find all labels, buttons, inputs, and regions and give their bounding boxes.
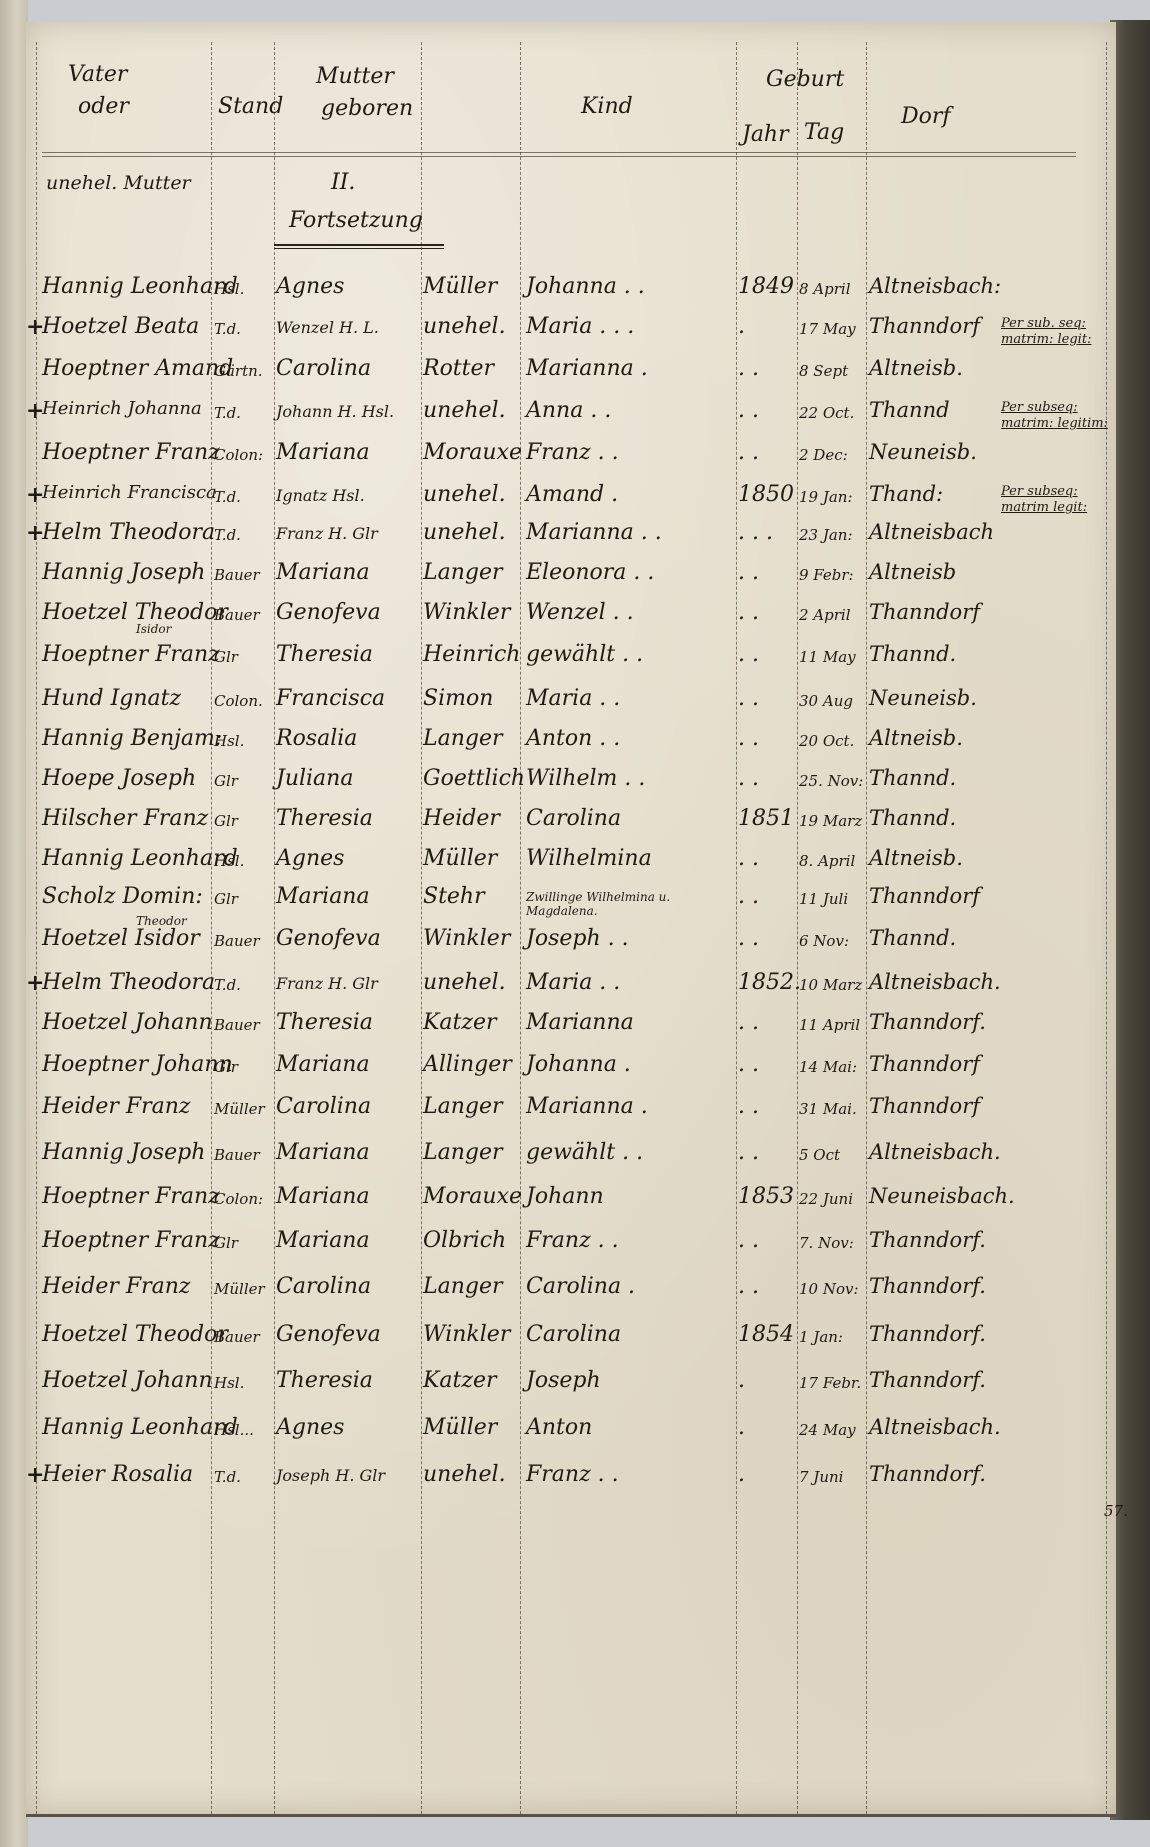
mother-maiden-name: Langer — [423, 560, 503, 585]
village-name: Altneisb. — [869, 726, 963, 750]
child-name: Carolina . — [526, 1274, 635, 1299]
table-row: Hoetzel IsidorBauerGenofevaWinklerJoseph… — [26, 926, 1116, 972]
father-name: Heier Rosalia — [42, 1462, 193, 1487]
father-name: Hilscher Franz — [42, 806, 208, 831]
father-status: Glr — [214, 1058, 238, 1076]
father-status: Bauer — [214, 1328, 260, 1346]
header-father: Vater — [68, 62, 127, 87]
father-name: Hoetzel Beata — [42, 314, 199, 339]
header-day: Tag — [804, 120, 844, 145]
child-name: Joseph . . — [526, 926, 629, 951]
mother-maiden-name: Heinrich — [423, 642, 520, 667]
mother-maiden-name: Winkler — [423, 926, 510, 951]
father-status: Bauer — [214, 566, 260, 584]
birth-year: . . — [738, 926, 759, 951]
birth-day: 1 Jan: — [799, 1328, 843, 1346]
mother-maiden-name: Stehr — [423, 884, 485, 909]
birth-day: 30 Aug — [799, 692, 853, 710]
father-status: Hsl... — [214, 1421, 254, 1439]
birth-year: . . . — [738, 520, 773, 545]
father-name: Hund Ignatz — [42, 686, 181, 711]
village-name: Thanndorf. — [869, 1274, 986, 1298]
child-name: Zwillinge Wilhelmina u. Magdalena. — [526, 890, 731, 918]
birth-day: 7. Nov: — [799, 1234, 854, 1252]
table-row: Hoeptner AmandGärtn.CarolinaRotterMarian… — [26, 356, 1116, 402]
section-title: II. — [331, 170, 355, 195]
father-name-correction: Theodor — [136, 914, 187, 928]
birth-day: 8. April — [799, 852, 855, 870]
father-status: Bauer — [214, 1146, 260, 1164]
section-underline — [274, 248, 444, 249]
father-status: T.d. — [214, 1468, 241, 1486]
birth-year: . . — [738, 1228, 759, 1253]
birth-year: . . — [738, 686, 759, 711]
child-name: Franz . . — [526, 440, 619, 465]
birth-day: 17 Febr. — [799, 1374, 861, 1392]
table-row: Hoeptner FranzGlrTheresiaHeinrichgewählt… — [26, 642, 1116, 688]
mother-maiden-name: Goettlich — [423, 766, 525, 791]
child-name: Marianna . . — [526, 520, 662, 545]
birth-year: . . — [738, 642, 759, 667]
header-rule — [42, 152, 1076, 153]
mother-maiden-name: Olbrich — [423, 1228, 506, 1253]
village-name: Thanndorf. — [869, 1322, 986, 1346]
birth-day: 11 May — [799, 648, 856, 666]
birth-year: . . — [738, 356, 759, 381]
table-row: Hoetzel JohannHsl.TheresiaKatzerJoseph.1… — [26, 1368, 1116, 1414]
father-status: Glr — [214, 812, 238, 830]
village-name: Thanndorf. — [869, 1010, 986, 1034]
section-underline — [274, 244, 444, 246]
village-name: Thand: — [869, 482, 943, 506]
father-name: Hoeptner Amand — [42, 356, 233, 381]
mother-first-name: Mariana — [276, 1140, 370, 1165]
mother-first-name: Theresia — [276, 642, 373, 667]
legitimation-note: Per subseq: matrim: legitim: — [1001, 400, 1111, 432]
father-name: Hoeptner Franz — [42, 1228, 220, 1253]
table-row: Heider FranzMüllerCarolinaLangerMarianna… — [26, 1094, 1116, 1140]
village-name: Altneisb. — [869, 356, 963, 380]
village-name: Thanndorf — [869, 1052, 980, 1076]
village-name: Thanndorf. — [869, 1228, 986, 1252]
mother-maiden-name: unehel. — [423, 520, 506, 545]
village-name: Thannd. — [869, 642, 956, 666]
child-name: Marianna — [526, 1010, 634, 1035]
header-village: Dorf — [901, 104, 951, 129]
father-status: Müller — [214, 1280, 265, 1298]
birth-day: 22 Juni — [799, 1190, 853, 1208]
father-name: Heinrich Francisca — [42, 482, 217, 503]
child-name: Eleonora . . — [526, 560, 654, 585]
father-name: Helm Theodora — [42, 520, 215, 545]
table-row: Hoeptner FranzColon:MarianaMorauxeJohann… — [26, 1184, 1116, 1230]
village-name: Thanndorf — [869, 314, 980, 338]
mother-maiden-name: Winkler — [423, 600, 510, 625]
birth-year: . . — [738, 398, 759, 423]
book-page-stack-edge — [1110, 20, 1150, 1820]
birth-year: 1852. — [738, 970, 801, 995]
birth-year: 1851 — [738, 806, 794, 831]
birth-day: 10 Nov: — [799, 1280, 859, 1298]
mother-first-name: Genofeva — [276, 926, 381, 951]
village-name: Thanndorf. — [869, 1462, 986, 1486]
table-row: Hoeptner FranzGlrMarianaOlbrichFranz . .… — [26, 1228, 1116, 1274]
mother-maiden-name: Müller — [423, 846, 497, 871]
child-name: Wilhelmina — [526, 846, 652, 871]
child-name: Maria . . . — [526, 314, 634, 339]
father-name: Hannig Leonhard — [42, 274, 238, 299]
father-status: Glr — [214, 890, 238, 908]
mother-first-name: Franz H. Glr — [276, 524, 378, 543]
birth-year: 1850 — [738, 482, 794, 507]
section-subtitle: Fortsetzung — [289, 208, 423, 233]
mother-maiden-name: Langer — [423, 726, 503, 751]
birth-day: 2 April — [799, 606, 851, 624]
table-row: Heider FranzMüllerCarolinaLangerCarolina… — [26, 1274, 1116, 1320]
village-name: Altneisb — [869, 560, 956, 584]
mother-first-name: Johann H. Hsl. — [276, 402, 394, 421]
birth-year: . . — [738, 560, 759, 585]
birth-year: 1853 — [738, 1184, 794, 1209]
father-status: Colon. — [214, 692, 263, 710]
birth-year: 1854 — [738, 1322, 794, 1347]
child-name: Carolina — [526, 806, 621, 831]
birth-day: 10 Marz — [799, 976, 862, 994]
mother-first-name: Theresia — [276, 806, 373, 831]
father-status: Hsl. — [214, 1374, 244, 1392]
mother-first-name: Mariana — [276, 560, 370, 585]
birth-year: . . — [738, 600, 759, 625]
book-spine-edge — [0, 0, 28, 1847]
mother-first-name: Carolina — [276, 356, 371, 381]
mother-maiden-name: unehel. — [423, 970, 506, 995]
table-row: Hoetzel TheodorBauerGenofevaWinklerCarol… — [26, 1322, 1116, 1368]
birth-day: 2 Dec: — [799, 446, 848, 464]
birth-day: 20 Oct. — [799, 732, 854, 750]
child-name: Johanna . . — [526, 274, 645, 299]
mother-first-name: Carolina — [276, 1094, 371, 1119]
mother-maiden-name: Morauxe — [423, 1184, 522, 1209]
birth-year: . . — [738, 1052, 759, 1077]
birth-day: 19 Jan: — [799, 488, 853, 506]
birth-day: 19 Marz — [799, 812, 862, 830]
header-child: Kind — [581, 94, 633, 119]
table-row: Hoetzel TheodorBauerGenofevaWinklerWenze… — [26, 600, 1116, 646]
birth-year: . . — [738, 440, 759, 465]
village-name: Neuneisbach. — [869, 1184, 1015, 1208]
father-name: Hoeptner Franz — [42, 642, 220, 667]
birth-year: . . — [738, 884, 759, 909]
birth-year: . — [738, 1462, 745, 1487]
father-name: Hannig Joseph — [42, 560, 205, 585]
birth-year: . — [738, 1415, 745, 1440]
table-row: Scholz Domin:GlrMarianaStehrZwillinge Wi… — [26, 884, 1116, 930]
mother-first-name: Joseph H. Glr — [276, 1466, 385, 1485]
village-name: Altneisbach. — [869, 970, 1001, 994]
register-page: Vater oder Stand Mutter geboren Kind Geb… — [26, 22, 1116, 1817]
father-name: Helm Theodora — [42, 970, 215, 995]
birth-day: 31 Mai. — [799, 1100, 857, 1118]
father-status: Glr — [214, 772, 238, 790]
mother-maiden-name: Langer — [423, 1094, 503, 1119]
mother-first-name: Ignatz Hsl. — [276, 486, 365, 505]
child-name: Wenzel . . — [526, 600, 634, 625]
birth-year: . — [738, 314, 745, 339]
child-name: Carolina — [526, 1322, 621, 1347]
father-status: Bauer — [214, 606, 260, 624]
mother-maiden-name: Rotter — [423, 356, 494, 381]
father-name: Hoetzel Johann — [42, 1368, 213, 1393]
birth-year: . . — [738, 726, 759, 751]
mother-first-name: Genofeva — [276, 600, 381, 625]
mother-maiden-name: Langer — [423, 1140, 503, 1165]
child-name: Johanna . — [526, 1052, 631, 1077]
table-row: +Hoetzel BeataT.d.Wenzel H. L.unehel.Mar… — [26, 314, 1116, 360]
mother-maiden-name: Winkler — [423, 1322, 510, 1347]
table-row: Hoeptner JohannGlrMarianaAllingerJohanna… — [26, 1052, 1116, 1098]
mother-maiden-name: Langer — [423, 1274, 503, 1299]
village-name: Altneisbach. — [869, 1415, 1001, 1439]
village-name: Altneisbach. — [869, 1140, 1001, 1164]
village-name: Thanndorf — [869, 600, 980, 624]
father-name: Hoeptner Franz — [42, 1184, 220, 1209]
father-name: Hannig Joseph — [42, 1140, 205, 1165]
header-birth: Geburt — [766, 67, 844, 92]
father-name: Hoetzel Theodor — [42, 600, 228, 625]
mother-first-name: Wenzel H. L. — [276, 318, 379, 337]
birth-day: 7 Juni — [799, 1468, 843, 1486]
mother-first-name: Agnes — [276, 846, 344, 871]
village-name: Thannd. — [869, 766, 956, 790]
mother-first-name: Juliana — [276, 766, 353, 791]
birth-year: . . — [738, 1010, 759, 1035]
mother-first-name: Carolina — [276, 1274, 371, 1299]
father-status: Bauer — [214, 1016, 260, 1034]
child-name: gewählt . . — [526, 1140, 643, 1165]
father-status: Glr — [214, 648, 238, 666]
father-status: Colon: — [214, 446, 263, 464]
mother-first-name: Mariana — [276, 1228, 370, 1253]
mother-maiden-name: unehel. — [423, 398, 506, 423]
header-mother: Mutter — [316, 64, 394, 89]
child-name: Johann — [526, 1184, 604, 1209]
village-name: Thanndorf. — [869, 1368, 986, 1392]
mother-first-name: Theresia — [276, 1368, 373, 1393]
mother-first-name: Rosalia — [276, 726, 357, 751]
mother-maiden-name: Allinger — [423, 1052, 512, 1077]
birth-year: . . — [738, 1274, 759, 1299]
village-name: Thannd — [869, 398, 950, 422]
page-number: 57. — [1104, 1502, 1128, 1520]
father-status: T.d. — [214, 526, 241, 544]
father-status: T.d. — [214, 320, 241, 338]
table-row: Hannig JosephBauerMarianaLangergewählt .… — [26, 1140, 1116, 1186]
father-name: Hannig Benjam: — [42, 726, 222, 751]
mother-maiden-name: Heider — [423, 806, 500, 831]
father-name-correction: Isidor — [136, 622, 171, 636]
child-name: Marianna . — [526, 1094, 648, 1119]
table-row: Hoeptner FranzColon:MarianaMorauxeFranz … — [26, 440, 1116, 486]
birth-day: 8 April — [799, 280, 851, 298]
village-name: Altneisb. — [869, 846, 963, 870]
mother-first-name: Francisca — [276, 686, 385, 711]
table-row: Hoetzel JohannBauerTheresiaKatzerMariann… — [26, 1010, 1116, 1056]
father-status: T.d. — [214, 404, 241, 422]
child-name: Marianna . — [526, 356, 648, 381]
mother-first-name: Mariana — [276, 884, 370, 909]
birth-day: 11 April — [799, 1016, 860, 1034]
mother-first-name: Theresia — [276, 1010, 373, 1035]
father-name: Hannig Leonhard — [42, 846, 238, 871]
village-name: Thannd. — [869, 926, 956, 950]
birth-day: 24 May — [799, 1421, 856, 1439]
birth-year: . . — [738, 1140, 759, 1165]
mother-maiden-name: unehel. — [423, 314, 506, 339]
child-name: Amand . — [526, 482, 618, 507]
mother-maiden-name: unehel. — [423, 1462, 506, 1487]
father-name: Hoetzel Johann — [42, 1010, 213, 1035]
mother-first-name: Mariana — [276, 440, 370, 465]
header-unwed-mother: unehel. Mutter — [46, 172, 191, 194]
village-name: Neuneisb. — [869, 440, 977, 464]
father-name: Scholz Domin: — [42, 884, 203, 909]
birth-year: . . — [738, 1094, 759, 1119]
mother-first-name: Mariana — [276, 1052, 370, 1077]
mother-maiden-name: Katzer — [423, 1010, 497, 1035]
birth-day: 11 Juli — [799, 890, 848, 908]
birth-day: 23 Jan: — [799, 526, 853, 544]
table-row: Hannig LeonhardHsl...AgnesMüllerAnton.24… — [26, 1415, 1116, 1461]
village-name: Thannd. — [869, 806, 956, 830]
mother-first-name: Franz H. Glr — [276, 974, 378, 993]
child-name: Anton . . — [526, 726, 620, 751]
father-status: Bauer — [214, 932, 260, 950]
table-row: +Heier RosaliaT.d.Joseph H. Glrunehel.Fr… — [26, 1462, 1116, 1508]
child-name: Joseph — [526, 1368, 601, 1393]
mother-first-name: Agnes — [276, 274, 344, 299]
mother-maiden-name: unehel. — [423, 482, 506, 507]
father-name: Hoetzel Theodor — [42, 1322, 228, 1347]
mother-first-name: Genofeva — [276, 1322, 381, 1347]
child-name: gewählt . . — [526, 642, 643, 667]
child-name: Maria . . — [526, 686, 620, 711]
child-name: Anna . . — [526, 398, 611, 423]
birth-year: . . — [738, 846, 759, 871]
father-status: Hsl. — [214, 732, 244, 750]
header-year: Jahr — [742, 122, 789, 147]
child-name: Maria . . — [526, 970, 620, 995]
father-name: Heinrich Johanna — [42, 398, 202, 419]
father-name: Heider Franz — [42, 1274, 191, 1299]
father-name: Heider Franz — [42, 1094, 191, 1119]
birth-year: 1849 — [738, 274, 794, 299]
legitimation-note: Per sub. seq: matrim: legit: — [1001, 316, 1111, 348]
child-name: Franz . . — [526, 1228, 619, 1253]
father-status: Glr — [214, 1234, 238, 1252]
father-status: Colon: — [214, 1190, 263, 1208]
village-name: Altneisbach: — [869, 274, 1001, 298]
father-status: Müller — [214, 1100, 265, 1118]
mother-maiden-name: Müller — [423, 274, 497, 299]
mother-maiden-name: Katzer — [423, 1368, 497, 1393]
birth-day: 14 Mai: — [799, 1058, 857, 1076]
header-status: Stand — [218, 94, 283, 119]
birth-day: 8 Sept — [799, 362, 848, 380]
father-name: Hoetzel Isidor — [42, 926, 200, 951]
child-name: Anton — [526, 1415, 592, 1440]
birth-day: 17 May — [799, 320, 856, 338]
father-status: Hsl. — [214, 852, 244, 870]
table-row: +Heinrich JohannaT.d.Johann H. Hsl.unehe… — [26, 398, 1116, 444]
mother-first-name: Agnes — [276, 1415, 344, 1440]
mother-maiden-name: Müller — [423, 1415, 497, 1440]
birth-day: 5 Oct — [799, 1146, 840, 1164]
birth-day: 22 Oct. — [799, 404, 854, 422]
father-status: Hsl. — [214, 280, 244, 298]
header-mother-born: geboren — [321, 96, 413, 121]
child-name: Wilhelm . . — [526, 766, 645, 791]
father-status: T.d. — [214, 488, 241, 506]
father-name: Hannig Leonhard — [42, 1415, 238, 1440]
header-rule — [42, 156, 1076, 157]
birth-day: 6 Nov: — [799, 932, 849, 950]
birth-year: . . — [738, 766, 759, 791]
mother-first-name: Mariana — [276, 1184, 370, 1209]
village-name: Thanndorf — [869, 1094, 980, 1118]
father-status: Gärtn. — [214, 362, 263, 380]
legitimation-note: Per subseq: matrim legit: — [1001, 484, 1111, 516]
father-status: T.d. — [214, 976, 241, 994]
mother-maiden-name: Morauxe — [423, 440, 522, 465]
birth-day: 25. Nov: — [799, 772, 863, 790]
child-name: Franz . . — [526, 1462, 619, 1487]
header-father-or: oder — [78, 94, 129, 119]
father-name: Hoepe Joseph — [42, 766, 196, 791]
village-name: Neuneisb. — [869, 686, 977, 710]
birth-year: . — [738, 1368, 745, 1393]
father-name: Hoeptner Franz — [42, 440, 220, 465]
father-name: Hoeptner Johann — [42, 1052, 233, 1077]
village-name: Altneisbach — [869, 520, 994, 544]
village-name: Thanndorf — [869, 884, 980, 908]
birth-day: 9 Febr: — [799, 566, 854, 584]
mother-maiden-name: Simon — [423, 686, 493, 711]
